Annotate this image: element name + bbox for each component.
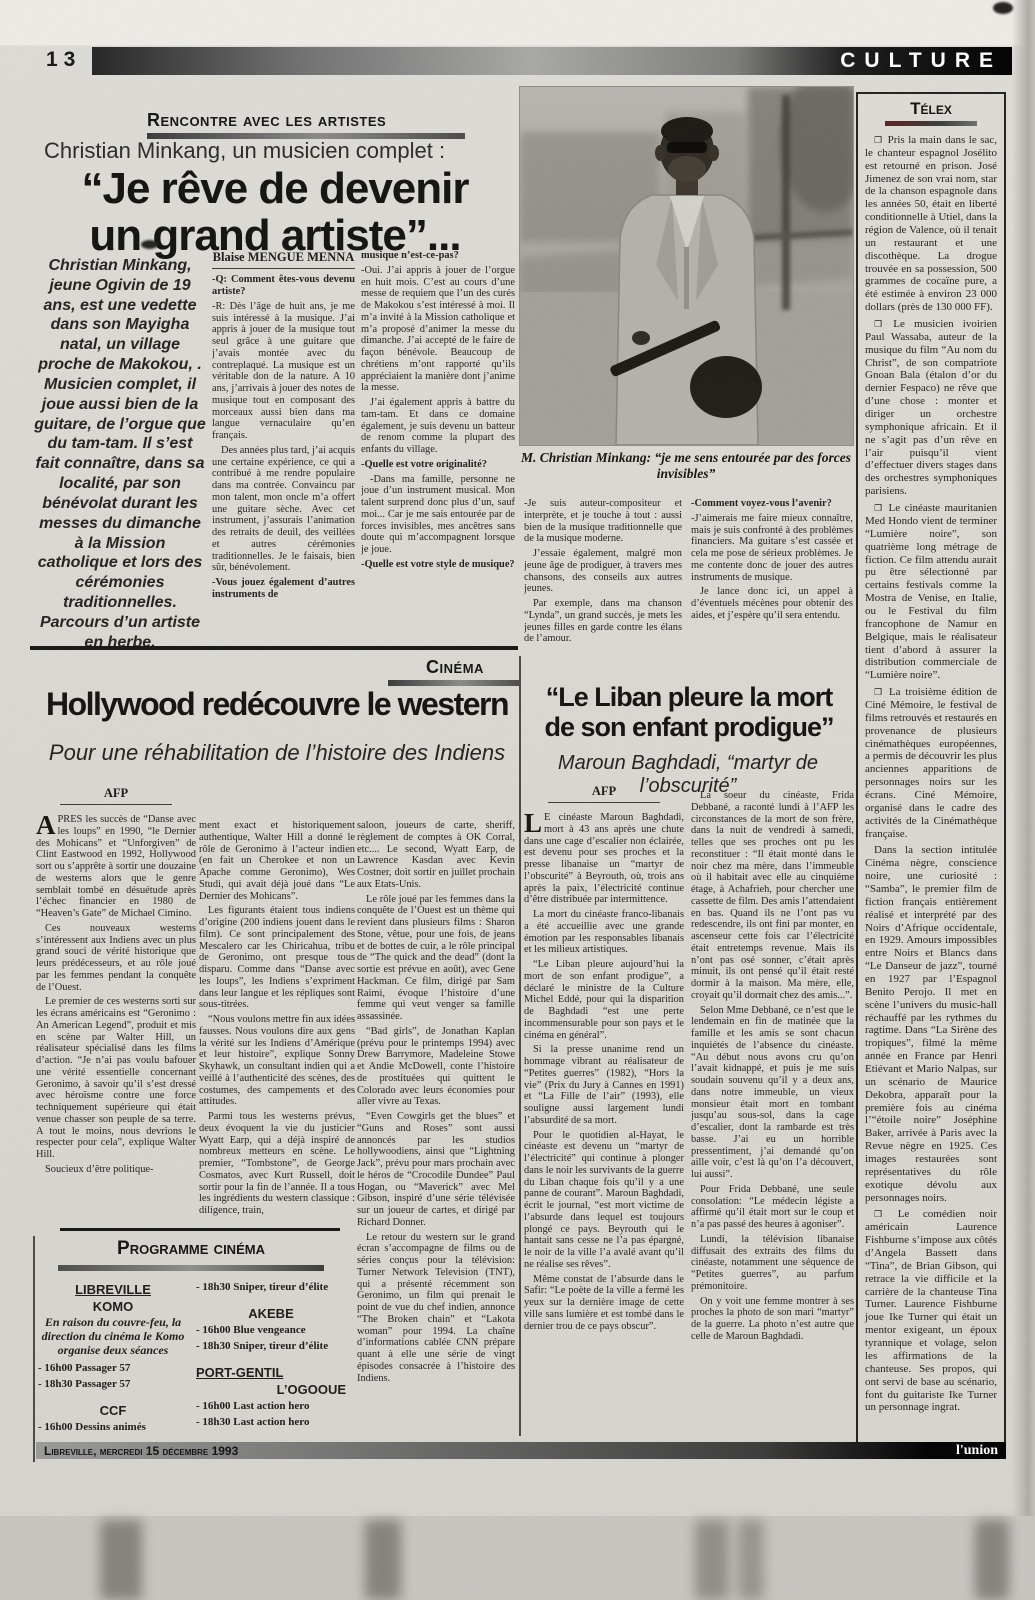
programme-top-rule bbox=[60, 1228, 340, 1231]
headline-line: “Le Liban pleure la mort bbox=[522, 682, 856, 712]
interview-headline: “Je rêve de devenir un grand artiste”... bbox=[40, 166, 510, 259]
article-paragraph: APRES les succès de “Danse avec les loup… bbox=[36, 814, 196, 920]
article-paragraph: -R: Dès l’âge de huit ans, je me suis in… bbox=[212, 301, 355, 442]
programme-venue: AKEBE bbox=[196, 1306, 346, 1321]
masthead-bar: CULTURE bbox=[92, 47, 1012, 75]
programme-note: En raison du couvre-feu, la direction du… bbox=[38, 1316, 188, 1357]
programme-left-column: LIBREVILLE KOMO En raison du couvre-feu,… bbox=[38, 1280, 188, 1436]
article-paragraph: -Je suis auteur-compositeur et interprèt… bbox=[524, 498, 682, 545]
liban-column: La soeur du cinéaste, Frida Debbané, a r… bbox=[691, 790, 854, 1436]
programme-showtime: - 18h30 Passager 57 bbox=[38, 1377, 188, 1393]
newspaper-brand: l'union bbox=[956, 1443, 1006, 1459]
article-paragraph: -Q: Comment êtes-vous devenu artiste? bbox=[212, 274, 355, 298]
article-paragraph: “Nous voulons mettre fin aux idées fauss… bbox=[199, 1014, 355, 1108]
square-bullet-icon: ❐ bbox=[874, 1209, 884, 1219]
article-paragraph: -J’aimerais me faire mieux connaître, ma… bbox=[691, 513, 853, 584]
article-paragraph: -Oui. J’ai appris à jouer de l’orgue en … bbox=[361, 265, 515, 394]
interview-kicker: Rencontre avec les artistes bbox=[147, 110, 386, 131]
article-paragraph: -Comment voyez-vous l’avenir? bbox=[691, 498, 853, 510]
telex-item-text: Pris la main dans le sac, le chanteur es… bbox=[865, 134, 997, 313]
article-paragraph: -Quelle est votre style de musique? bbox=[361, 559, 515, 571]
programme-venue: KOMO bbox=[38, 1299, 188, 1314]
article-paragraph: musique n’est-ce-pas? bbox=[361, 250, 515, 262]
interview-intro: Christian Minkang, jeune Ogivin de 19 an… bbox=[34, 256, 206, 648]
liban-byline: AFP bbox=[548, 784, 660, 803]
telex-item: ❐ Le comédien noir américain Laurence Fi… bbox=[865, 1208, 997, 1414]
article-paragraph: Le rôle joué par les femmes dans la conq… bbox=[357, 894, 515, 1023]
article-paragraph: “Bad girls”, de Jonathan Kaplan (prévu p… bbox=[357, 1026, 515, 1108]
article-paragraph: Ces nouveaux westerns s’intéressent aux … bbox=[36, 923, 196, 994]
article-paragraph: “Even Cowgirls get the blues” et “Guns a… bbox=[357, 1111, 515, 1229]
western-byline: AFP bbox=[60, 786, 172, 805]
cinema-kicker: Cinéma bbox=[390, 657, 520, 678]
programme-showtime: - 16h00 Dessins animés bbox=[38, 1420, 188, 1436]
telex-item-text: La troisième édition de Ciné Mémoire, le… bbox=[865, 686, 997, 839]
liban-headline: “Le Liban pleure la mort de son enfant p… bbox=[522, 682, 856, 742]
newspaper-page: 13 CULTURE Rencontre avec les artistes C… bbox=[0, 0, 1035, 1516]
telex-item: ❐ La troisième édition de Ciné Mémoire, … bbox=[865, 686, 997, 840]
paragraph-text: PRES les succès de “Danse avec les loups… bbox=[36, 814, 196, 919]
programme-venue: L’OGOOUE bbox=[196, 1382, 346, 1397]
article-paragraph: -Vous jouez également d’autres instrumen… bbox=[212, 577, 355, 601]
page-edge-shadow bbox=[1012, 0, 1035, 1516]
telex-box: Télex ❐ Pris la main dans le sac, le cha… bbox=[856, 92, 1006, 1458]
telex-item-text: Le cinéaste mauritanien Med Hondo vient … bbox=[865, 502, 997, 681]
interview-strapline: Christian Minkang, un musicien complet : bbox=[44, 138, 445, 164]
programme-showtime: - 16h00 Passager 57 bbox=[38, 1361, 188, 1377]
programme-venue: CCF bbox=[38, 1403, 188, 1418]
programme-city: PORT-GENTIL bbox=[196, 1365, 346, 1380]
article-paragraph: Pour Frida Debbané, une seule consolatio… bbox=[691, 1184, 854, 1231]
telex-item: ❐ Pris la main dans le sac, le chanteur … bbox=[865, 134, 997, 314]
programme-right-column: - 18h30 Sniper, tireur d’élite AKEBE - 1… bbox=[196, 1280, 346, 1431]
article-paragraph: J’essaie également, malgré mon jeune âge… bbox=[524, 548, 682, 595]
headline-line: de son enfant prodigue” bbox=[522, 712, 856, 742]
programme-showtime: - 16h00 Blue vengeance bbox=[196, 1323, 346, 1339]
telex-item: ❐ Le musicien ivoirien Paul Wassaba, aut… bbox=[865, 318, 997, 498]
author-byline: Blaise MENGUE MENNA bbox=[212, 250, 355, 269]
article-paragraph: Même constat de l’absurde dans le Safir:… bbox=[524, 1274, 684, 1333]
section-divider bbox=[30, 646, 518, 650]
section-title: CULTURE bbox=[840, 49, 1012, 73]
telex-title: Télex bbox=[865, 99, 997, 119]
programme-city: LIBREVILLE bbox=[38, 1282, 188, 1297]
footer-bar: Libreville, mercredi 15 décembre 1993 l'… bbox=[36, 1442, 1006, 1459]
portrait-photo-art bbox=[520, 87, 853, 445]
article-paragraph: Selon Mme Debbané, ce n’est que le lende… bbox=[691, 1005, 854, 1181]
article-paragraph: Des années plus tard, j’ai acquis une ce… bbox=[212, 445, 355, 574]
page-number: 13 bbox=[46, 48, 81, 72]
square-bullet-icon: ❐ bbox=[874, 503, 884, 513]
article-paragraph: LE cinéaste Maroun Baghdadi, mort à 43 a… bbox=[524, 812, 684, 906]
article-paragraph: Les figurants étaient tous indiens d’ori… bbox=[199, 905, 355, 1011]
square-bullet-icon: ❐ bbox=[874, 687, 884, 697]
liban-column: LE cinéaste Maroun Baghdadi, mort à 43 a… bbox=[524, 812, 684, 1436]
telex-item: ❐ Le cinéaste mauritanien Med Hondo vien… bbox=[865, 502, 997, 682]
scan-smudge bbox=[100, 1520, 142, 1600]
western-column: ment exact et historiquement authentique… bbox=[199, 820, 355, 1242]
article-paragraph: On y voit une femme montrer à ses proche… bbox=[691, 1296, 854, 1343]
western-column: APRES les succès de “Danse avec les loup… bbox=[36, 814, 196, 1242]
interview-column: musique n’est-ce-pas? -Oui. J’ai appris … bbox=[361, 250, 515, 648]
programme-showtime: - 18h30 Last action hero bbox=[196, 1415, 346, 1431]
article-paragraph: La mort du cinéaste franco-libanais a ét… bbox=[524, 909, 684, 956]
article-paragraph: Si la presse unanime rend un hommage vib… bbox=[524, 1044, 684, 1126]
article-paragraph: Parmi tous les westerns prévus, deux évo… bbox=[199, 1111, 355, 1217]
scan-smudge bbox=[365, 1520, 401, 1600]
drop-cap: L bbox=[524, 812, 544, 834]
telex-underline bbox=[885, 121, 977, 126]
square-bullet-icon: ❐ bbox=[874, 135, 884, 145]
programme-showtime: - 18h30 Sniper, tireur d’élite bbox=[196, 1280, 346, 1296]
programme-showtime: - 16h00 Last action hero bbox=[196, 1399, 346, 1415]
article-paragraph: Lundi, la télévision libanaise diffusait… bbox=[691, 1234, 854, 1293]
article-paragraph: -Quelle est votre originalité? bbox=[361, 459, 515, 471]
headline-line: “Je rêve de devenir bbox=[40, 166, 510, 213]
programme-title: Programme cinéma bbox=[36, 1238, 346, 1260]
western-headline: Hollywood redécouvre le western bbox=[36, 688, 518, 720]
western-column: saloon, joueurs de carte, sheriff, règle… bbox=[357, 820, 515, 1434]
programme-underline bbox=[58, 1265, 324, 1271]
edition-dateline: Libreville, mercredi 15 décembre 1993 bbox=[36, 1444, 238, 1458]
article-paragraph: Soucieux d’être politique- bbox=[36, 1164, 196, 1176]
article-paragraph: Le premier de ces westerns sorti sur les… bbox=[36, 996, 196, 1161]
scan-smudge bbox=[738, 1520, 764, 1600]
paragraph-text: E cinéaste Maroun Baghdadi, mort à 43 an… bbox=[524, 812, 684, 905]
article-paragraph: Je lance donc ici, un appel à d’éventuel… bbox=[691, 586, 853, 621]
article-paragraph: J’ai également appris à battre du tam-ta… bbox=[361, 397, 515, 456]
article-paragraph: saloon, joueurs de carte, sheriff, règle… bbox=[357, 820, 515, 891]
telex-item: Dans la section intitulée Cinéma nègre, … bbox=[865, 844, 997, 1204]
article-paragraph: -Dans ma famille, personne ne joue d’un … bbox=[361, 474, 515, 556]
article-paragraph: “Le Liban pleure aujourd’hui la mort de … bbox=[524, 959, 684, 1041]
telex-item-text: Dans la section intitulée Cinéma nègre, … bbox=[865, 844, 997, 1203]
programme-left-rule bbox=[33, 1236, 35, 1462]
article-paragraph: ment exact et historiquement authentique… bbox=[199, 820, 355, 902]
scan-smudge bbox=[975, 1520, 1009, 1600]
interview-column: -Comment voyez-vous l’avenir? -J’aimerai… bbox=[691, 498, 853, 648]
portrait-photo bbox=[520, 87, 853, 445]
programme-showtime: - 18h30 Sniper, tireur d’élite bbox=[196, 1339, 346, 1355]
scan-artifact bbox=[993, 2, 1013, 14]
scan-artifact bbox=[141, 240, 158, 249]
telex-item-text: Le musicien ivoirien Paul Wassaba, auteu… bbox=[865, 318, 997, 497]
article-paragraph: Par exemple, dans ma chanson “Lynda”, un… bbox=[524, 598, 682, 645]
western-subtitle: Pour une réhabilitation de l’histoire de… bbox=[36, 740, 518, 766]
interview-column: Blaise MENGUE MENNA -Q: Comment êtes-vou… bbox=[212, 250, 355, 648]
interview-column: -Je suis auteur-compositeur et interprèt… bbox=[524, 498, 682, 648]
article-paragraph: Pour le quotidien al-Hayat, le cinéaste … bbox=[524, 1130, 684, 1271]
drop-cap: A bbox=[36, 814, 58, 836]
scan-smudge bbox=[695, 1520, 729, 1600]
telex-item-text: Le comédien noir américain Laurence Fish… bbox=[865, 1208, 997, 1413]
photo-caption: M. Christian Minkang: “je me sens entour… bbox=[514, 450, 858, 482]
article-paragraph: Le retour du western sur le grand écran … bbox=[357, 1232, 515, 1385]
article-paragraph: La soeur du cinéaste, Frida Debbané, a r… bbox=[691, 790, 854, 1002]
square-bullet-icon: ❐ bbox=[874, 319, 884, 329]
scan-bottom-strip bbox=[0, 1516, 1035, 1600]
